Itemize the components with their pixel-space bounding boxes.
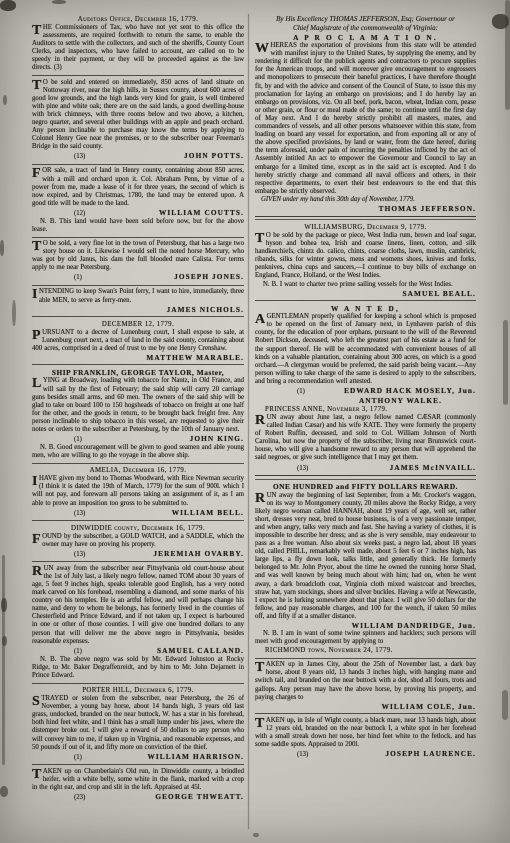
article-signature: (13) JOHN POTTS.: [32, 151, 244, 161]
signature-name: EDWARD HACK MOSELY, Jun.: [344, 386, 476, 395]
signature-name: JOSEPH JONES.: [174, 272, 244, 281]
separator-rule: [32, 463, 244, 464]
scan-artifact: [3, 95, 7, 105]
proclamation-title: A P R O C L A M A T I O N.: [255, 33, 476, 43]
article-runaway-tom: RUN away from the subscriber near Pittsy…: [32, 565, 244, 680]
article-henry-county-land: FOR sale, a tract of land in Henry count…: [32, 167, 244, 234]
article-body: A GENTLEMAN properly qualified for keepi…: [255, 313, 476, 386]
article-signature: (13) JEREMIAH OVARBY.: [32, 549, 244, 559]
article-strayed-horse: PORTER HILL, December 6, 1779. STRAYED o…: [32, 686, 244, 762]
separator-rule: [32, 285, 244, 286]
signature-name: GEORGE THWEATT.: [155, 792, 244, 801]
separator-rule: [32, 364, 244, 365]
signature-number: (1): [297, 387, 305, 396]
article-signature: (1) JOHN KING.: [32, 434, 244, 444]
scan-artifact: [2, 555, 5, 765]
scan-artifact: [0, 786, 8, 797]
article-heading: W A N T E D,: [255, 304, 476, 314]
scan-artifact: [12, 300, 16, 326]
signature-number: (23): [74, 793, 85, 802]
article-postscript: N. B. The above negro was sold by Mr. Ed…: [32, 656, 244, 680]
column-divider-rule: [248, 14, 249, 829]
signature-name: JAMES NICHOLS.: [167, 305, 244, 314]
article-jefferson-proclamation: By His Excellency THOMAS JEFFERSON, Esq;…: [255, 15, 476, 213]
article-postscript: N. B. I am in want of some twine spinner…: [255, 630, 476, 646]
article-signature: (1) EDWARD HACK MOSELY, Jun.: [255, 386, 476, 396]
article-dateline: AMELIA, December 16, 1779.: [32, 466, 244, 475]
signature-name: WILLIAM DANDRIDGE, Jun.: [352, 621, 476, 630]
article-body: RUN away about June last, a negro fellow…: [255, 414, 476, 463]
article-wanted-schoolmaster: W A N T E D, A GENTLEMAN properly qualif…: [255, 304, 476, 405]
scan-artifact: [0, 0, 16, 11]
signature-number: (13): [74, 509, 85, 518]
article-signature: WILLIAM DANDRIDGE, Jun.: [255, 621, 476, 630]
signature-number: (1): [74, 273, 82, 282]
left-column: Auditors Office, December 16, 1779. THE …: [32, 15, 244, 802]
article-body: LYING at Broadway, loading with tobacco …: [32, 377, 244, 434]
signature-name: WILLIAM BELL.: [172, 508, 244, 517]
article-tail-dateline: RICHMOND town, November 24, 1779.: [255, 646, 476, 655]
signature-name: THOMAS JEFFERSON.: [379, 204, 476, 213]
signature-name: MATTHEW MARABLE.: [146, 353, 244, 362]
article-body: TO be sold by the package or piece, West…: [255, 232, 476, 281]
article-petersburg-lot: TO be sold, a very fine lot in the town …: [32, 240, 244, 282]
article-lunenburg-decree: DECEMBER 12, 1779. PURSUANT to a decree …: [32, 320, 244, 362]
scan-artifact: [253, 833, 259, 837]
article-body: TAKEN up on Chamberlain's Old run, in Di…: [32, 768, 244, 792]
article-body: THE Commissioners of Tax, who have not y…: [32, 24, 244, 73]
signature-name: SAMUEL CALLAND.: [157, 646, 244, 655]
article-body: PURSUANT to a decree of Lunenburg court,…: [32, 329, 244, 353]
article-ferry-men: INTENDING to keep Swan's Point ferry, I …: [32, 288, 244, 313]
scan-artifact: [505, 0, 510, 110]
article-signature: SAMUEL BEALL.: [255, 289, 476, 298]
proclamation-byline: By His Excellency THOMAS JEFFERSON, Esq;…: [255, 15, 476, 24]
separator-rule: [32, 764, 244, 765]
signature-number: (13): [74, 550, 85, 559]
signature-name: WILLIAM COUTTS.: [159, 208, 244, 217]
article-postscript: N. B. I want to charter two prime sailin…: [255, 281, 476, 289]
scan-artifact: [52, 0, 66, 4]
article-signature: JAMES NICHOLS.: [32, 305, 244, 314]
article-runaway-caesar-kate: PRINCESS ANNE, November 3, 1779. RUN awa…: [255, 405, 476, 473]
article-body: TAKEN up, in Isle of Wight county, a bla…: [255, 717, 476, 749]
separator-rule: [255, 658, 476, 659]
article-auditors-office: Auditors Office, December 16, 1779. THE …: [32, 15, 244, 73]
article-dateline: DINWIDDIE county, December 16, 1779.: [32, 524, 244, 533]
article-dateline: WILLIAMSBURG, December 9, 1779.: [255, 223, 476, 232]
signature-name: JAMES McINVAILL.: [390, 463, 476, 472]
signature-number: (1): [74, 753, 82, 762]
signature-name: JOHN POTTS.: [184, 151, 244, 160]
signature-number: (13): [297, 750, 308, 759]
signature-number: (13): [297, 464, 308, 473]
article-body: FOUND by the subscriber, a GOLD WATCH, a…: [32, 533, 244, 549]
article-dateline: Auditors Office, December 16, 1779.: [32, 15, 244, 24]
article-body: STRAYED or stolen from the subscriber, n…: [32, 695, 244, 752]
separator-rule: [32, 683, 244, 684]
article-signature: (23) GEORGE THWEATT.: [32, 792, 244, 802]
signature-name: WILLIAM HARRISON.: [147, 752, 244, 761]
separator-rule: [32, 561, 244, 562]
article-signature: THOMAS JEFFERSON.: [255, 204, 476, 213]
signature-name: WILLIAM COLE, Jun.: [382, 702, 476, 711]
separator-rule-heavy: [255, 216, 476, 221]
article-body: RUN away from the subscriber near Pittsy…: [32, 565, 244, 646]
signature-number: (13): [74, 152, 85, 161]
separator-rule: [32, 237, 244, 238]
article-signature: (13) JAMES McINVAILL.: [255, 463, 476, 473]
article-signature: WILLIAM COLE, Jun.: [255, 702, 476, 711]
article-body: WHEREAS the exportation of provisions fr…: [255, 42, 476, 196]
article-postscript: N. B. This land would have been sold bef…: [32, 218, 244, 234]
article-body: I HAVE given my bond to Thomas Woodward,…: [32, 475, 244, 507]
article-heading: SHIP FRANKLIN, GEORGE TAYLOR, Master,: [32, 368, 244, 378]
article-taken-up-james-city: TAKEN up in James City, about the 25th o…: [255, 661, 476, 710]
article-body: INTENDING to keep Swan's Point ferry, I …: [32, 288, 244, 304]
article-williamsburg-goods: WILLIAMSBURG, December 9, 1779. TO be so…: [255, 223, 476, 298]
article-body: TO be sold and entered on immediately, 8…: [32, 79, 244, 152]
article-signature: MATTHEW MARABLE.: [32, 353, 244, 362]
signature-name: JEREMIAH OVARBY.: [153, 549, 244, 558]
article-ship-franklin: SHIP FRANKLIN, GEORGE TAYLOR, Master, LY…: [32, 368, 244, 460]
article-signature: (13) JOSEPH LAURENCE.: [255, 749, 476, 759]
article-taken-up-isle-of-wight: TAKEN up, in Isle of Wight county, a bla…: [255, 717, 476, 759]
signature-name: JOHN KING.: [190, 434, 244, 443]
article-dateline: PORTER HILL, December 6, 1779.: [32, 686, 244, 695]
scan-artifact: [502, 690, 508, 720]
article-bond-warning: AMELIA, December 16, 1779. I HAVE given …: [32, 466, 244, 517]
article-signature: (13) WILLIAM BELL.: [32, 508, 244, 518]
article-heading: ONE HUNDRED and FIFTY DOLLARS REWARD.: [255, 482, 476, 492]
article-gold-watch-found: DINWIDDIE county, December 16, 1779. FOU…: [32, 524, 244, 559]
separator-rule-heavy: [255, 475, 476, 480]
separator-rule: [32, 75, 244, 76]
scan-artifact: [503, 320, 508, 405]
separator-rule: [32, 520, 244, 521]
separator-rule: [255, 713, 476, 714]
signature-number: (12): [74, 209, 85, 218]
page-columns: Auditors Office, December 16, 1779. THE …: [32, 15, 476, 802]
scan-artifact: [2, 636, 7, 646]
newspaper-page: Auditors Office, December 16, 1779. THE …: [0, 0, 510, 843]
signature-number: (1): [74, 435, 82, 444]
article-body: TAKEN up in James City, about the 25th o…: [255, 661, 476, 701]
article-signature: (1) SAMUEL CALLAND.: [32, 646, 244, 656]
article-dateline: DECEMBER 12, 1779.: [32, 320, 244, 329]
proclamation-given-line: GIVEN under my hand this 30th day of Nov…: [255, 196, 476, 205]
right-column: By His Excellency THOMAS JEFFERSON, Esq;…: [255, 15, 476, 802]
article-reward-hannah-phill: ONE HUNDRED and FIFTY DOLLARS REWARD. RU…: [255, 482, 476, 655]
separator-rule: [255, 300, 476, 301]
signature-name: SAMUEL BEALL.: [402, 289, 476, 298]
article-signature: (12) WILLIAM COUTTS.: [32, 208, 244, 218]
signature-name-second: ANTHONY WALKE.: [255, 396, 476, 405]
article-body: FOR sale, a tract of land in Henry count…: [32, 167, 244, 207]
article-body: TO be sold, a very fine lot in the town …: [32, 240, 244, 272]
article-taken-up-heifer: TAKEN up on Chamberlain's Old run, in Di…: [32, 768, 244, 802]
article-body: RUN away the beginning of last September…: [255, 492, 476, 622]
article-dateline: PRINCESS ANNE, November 3, 1779.: [255, 405, 476, 414]
scan-artifact: [0, 240, 4, 256]
scan-artifact: [1, 598, 7, 612]
article-signature: (1) JOSEPH JONES.: [32, 272, 244, 282]
article-postscript: N. B. Good encouragement will be given t…: [32, 444, 244, 460]
signature-name: JOSEPH LAURENCE.: [385, 749, 476, 758]
article-nottoway-land: TO be sold and entered on immediately, 8…: [32, 79, 244, 162]
separator-rule: [32, 316, 244, 317]
article-signature: (1) WILLIAM HARRISON.: [32, 752, 244, 762]
signature-number: (1): [74, 647, 82, 656]
separator-rule: [32, 164, 244, 165]
proclamation-byline-2: Chief Magistrate of the commonwealth of …: [255, 24, 476, 33]
